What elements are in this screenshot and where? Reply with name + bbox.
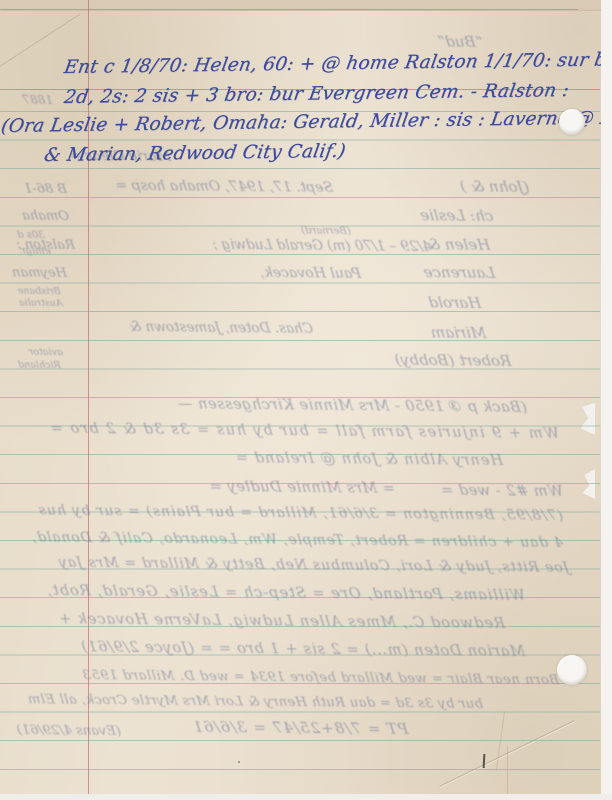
- bleed-row-margin: B 86-1: [23, 182, 68, 197]
- paper-speck: [238, 761, 240, 763]
- bleed-line: Wm + 9 injuries farm fall = bur by hus =…: [48, 421, 560, 442]
- bleed-row-name: Helen &: [425, 235, 491, 254]
- bleed-row-margin: Heyman: [11, 265, 68, 281]
- bleed-row-margin: Omaha: [21, 209, 70, 224]
- bleed-row-detail: Chas. Doten, Jamestown &: [128, 319, 314, 337]
- bleed-year: 1887: [21, 93, 53, 107]
- bleed-line: Wm #2 - wed =: [440, 483, 565, 500]
- bleed-row-margin-note: Australia: [18, 298, 63, 309]
- bleed-line: Redwood C., Mmes Allen Ludwig, LaVerne H…: [57, 611, 506, 632]
- scanned-document: “Bud” 1887 Marie Clear = (John & ) Sept.…: [0, 0, 612, 800]
- bleed-row-detail: Paul Hovacek,: [259, 265, 362, 282]
- bleed-line: Born near Blair = wed Millard before 193…: [81, 668, 560, 688]
- bleed-row-name: Robert (Bobby): [394, 351, 513, 370]
- bleed-row-name: Harold: [427, 293, 482, 312]
- bleed-row-name: Laurence: [422, 263, 496, 282]
- bleed-row-margin-note: emigr.: [18, 246, 51, 257]
- bleed-row-margin-note: Brisbane: [17, 286, 61, 297]
- scan-background-right: [601, 0, 612, 800]
- bleed-line: = Mrs Minnie Dudley =: [208, 479, 396, 497]
- bleed-row-margin-note: Richland: [17, 360, 61, 371]
- scan-background-bottom: [0, 794, 612, 800]
- bleed-row-detail: 4/29 – 1/70 (m) Gerald Ludwig ;: [212, 237, 432, 255]
- bleed-row-name: (John & ): [459, 177, 530, 196]
- bleed-line: Joe Ritts, Judy & Lori, Columbus Neb, Be…: [57, 555, 570, 576]
- bleed-line: PT = 7/8+25/47 = 3/6/61: [191, 718, 409, 738]
- ink-line-4: & Marian, Redwood City Calif.): [43, 141, 348, 166]
- bleed-line: (Evans 4/29/61): [16, 723, 122, 739]
- punch-hole-bottom: [557, 655, 587, 685]
- bleed-line: Henry Albin & John @ Ireland =: [234, 450, 504, 469]
- bleed-line: bur by 3s 3d = dau Ruth Henry & Lori Mrs…: [27, 692, 484, 712]
- bleed-row-margin-note: aviator: [28, 347, 63, 358]
- bleed-line: Williams, Portland, Ore = Step-ch = Lesl…: [45, 583, 526, 604]
- bleed-row-margin-note: 30s d: [17, 230, 46, 241]
- bleed-line: 4 dau + children = Robert, Temple, Wm, L…: [30, 529, 564, 551]
- bleed-row-detail: Sept. 17, 1947, Omaha hosp =: [114, 178, 334, 196]
- bleed-nickname: “Bud”: [436, 33, 484, 51]
- bleed-row-name: ch: Leslie: [419, 206, 494, 225]
- bleed-line: Marion Doten (m...) = 2 sis + 1 bro = = …: [80, 639, 526, 660]
- bleed-line: (7/8/95, Bennington = 3/6/61, Millard = …: [37, 503, 564, 524]
- bleed-row-superscript: (Bernard): [300, 225, 351, 237]
- punch-hole-top: [559, 109, 585, 135]
- bleed-line: (Back p ③ 1950 - Mrs Minnie Kirchgessen …: [177, 396, 529, 416]
- bleed-row-name: Miriam: [430, 323, 488, 342]
